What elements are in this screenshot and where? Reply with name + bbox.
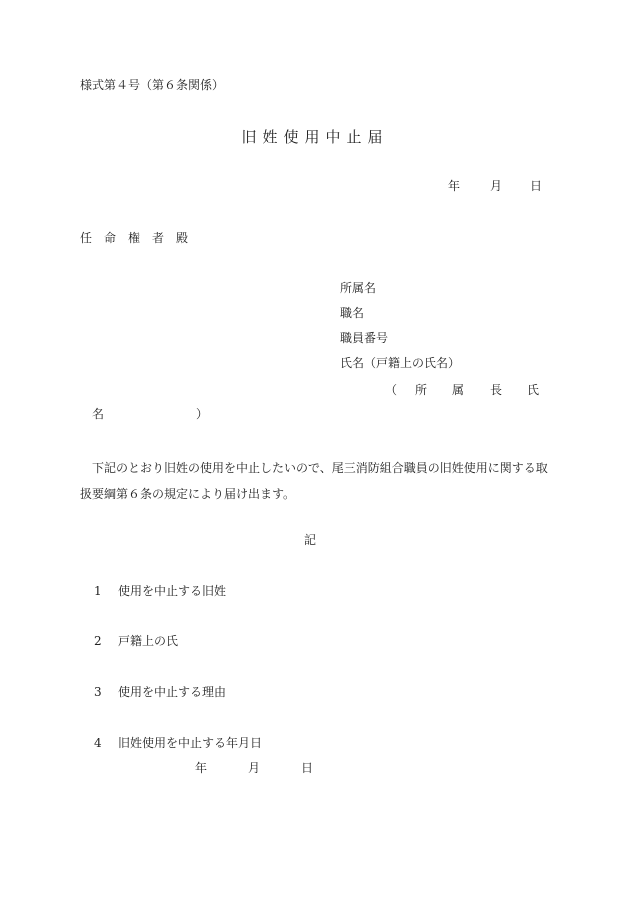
open-paren: （ [385, 382, 397, 398]
close-paren: ） [196, 406, 208, 422]
stop-date-day-label: 日 [301, 760, 313, 776]
document-title: 旧姓使用中止届 [0, 127, 630, 147]
item-label: 使用を中止する理由 [118, 685, 226, 699]
chief-char: 氏 [527, 382, 539, 398]
form-number: 様式第４号（第６条関係） [80, 77, 224, 93]
body-text: 下記のとおり旧姓の使用を中止したいので、尾三消防組合職員の旧姓使用に関する取扱要… [80, 455, 550, 507]
item-number: 1 [94, 583, 118, 599]
item-label: 戸籍上の氏 [118, 634, 178, 648]
chief-char: 名 [92, 406, 104, 422]
item-number: 2 [94, 633, 118, 649]
item-1: 1使用を中止する旧姓 [94, 583, 226, 599]
chief-char: 長 [490, 382, 502, 398]
stop-date-month-label: 月 [248, 760, 260, 776]
item-label: 旧姓使用を中止する年月日 [118, 736, 262, 750]
addressee: 任命権者殿 [80, 230, 200, 246]
chief-char: 属 [452, 382, 464, 398]
ki-heading: 記 [0, 532, 620, 548]
item-number: 4 [94, 735, 118, 751]
item-number: 3 [94, 684, 118, 700]
field-job-title: 職名 [340, 305, 364, 321]
item-label: 使用を中止する旧姓 [118, 584, 226, 598]
item-4: 4旧姓使用を中止する年月日 [94, 735, 262, 751]
date-day-label: 日 [530, 178, 542, 194]
field-legal-name: 氏名（戸籍上の氏名） [340, 355, 460, 371]
item-3: 3使用を中止する理由 [94, 684, 226, 700]
field-employee-number: 職員番号 [340, 330, 388, 346]
chief-char: 所 [415, 382, 427, 398]
field-affiliation: 所属名 [340, 280, 376, 296]
stop-date-year-label: 年 [195, 760, 207, 776]
date-month-label: 月 [490, 178, 502, 194]
date-year-label: 年 [448, 178, 460, 194]
item-2: 2戸籍上の氏 [94, 633, 178, 649]
